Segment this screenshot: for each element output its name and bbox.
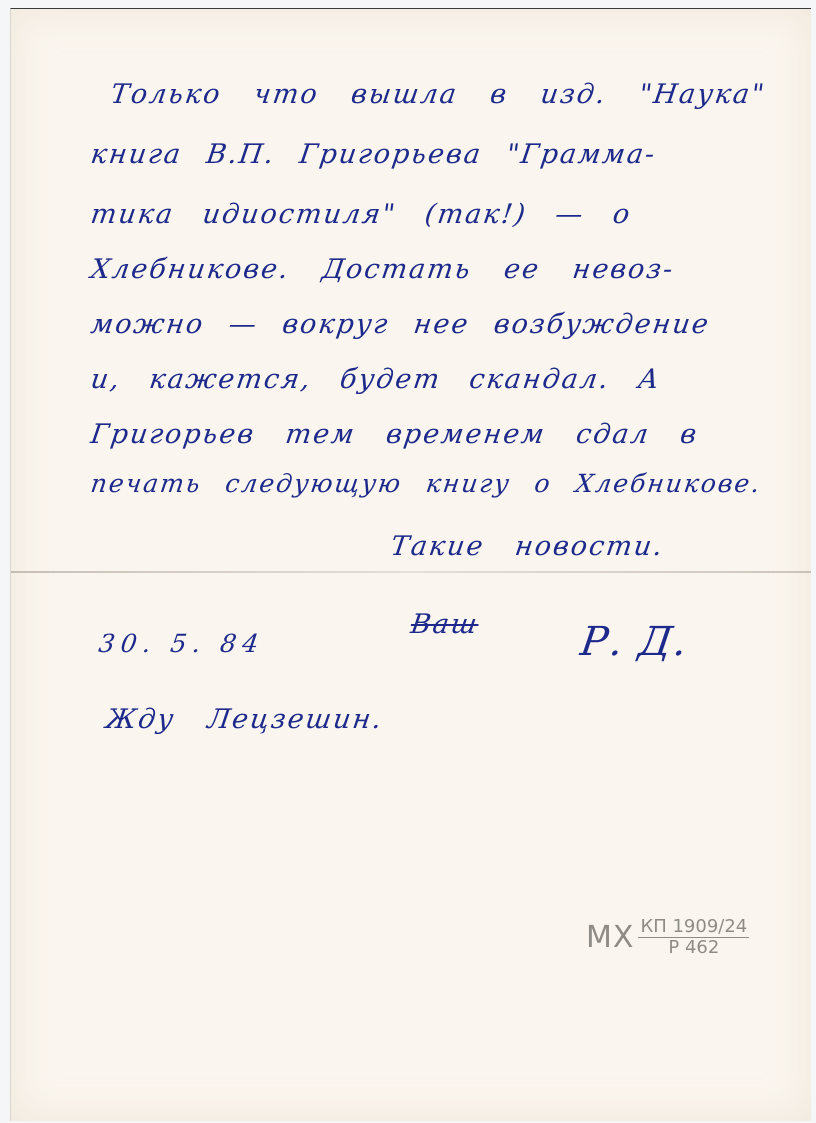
archive-inventory: КП 1909/24: [638, 917, 749, 938]
letter-date: 30. 5. 84: [97, 629, 266, 658]
letter-closing: Ваш: [409, 609, 481, 640]
signature: Р. Д.: [578, 619, 692, 665]
letter-line-9: Такие новости.: [389, 531, 666, 562]
paper-fold-line: [11, 571, 811, 573]
postscript: Жду Лецзешин.: [104, 704, 385, 735]
letter-line-6: и, кажется, будет скандал. А: [89, 364, 663, 395]
letter-line-5: можно — вокруг нее возбуждение: [89, 309, 712, 340]
archive-fraction: КП 1909/24 Р 462: [638, 917, 749, 958]
letter-line-8: печать следующую книгу о Хлебникове.: [89, 469, 763, 498]
letter-page: Только что вышла в изд. "Наука" книга В.…: [10, 8, 811, 1121]
letter-line-2: книга В.П. Григорьева "Грамма-: [89, 139, 659, 170]
archive-stamp: МХ КП 1909/24 Р 462: [586, 917, 749, 958]
archive-prefix: МХ: [586, 920, 634, 955]
letter-line-3: тика идиостиля" (так!) — о: [89, 199, 634, 230]
letter-line-1: Только что вышла в изд. "Наука": [109, 79, 768, 110]
archive-number: Р 462: [668, 938, 719, 958]
letter-line-7: Григорьев тем временем сдал в: [89, 419, 701, 450]
letter-line-4: Хлебникове. Достать ее невоз-: [89, 254, 677, 285]
